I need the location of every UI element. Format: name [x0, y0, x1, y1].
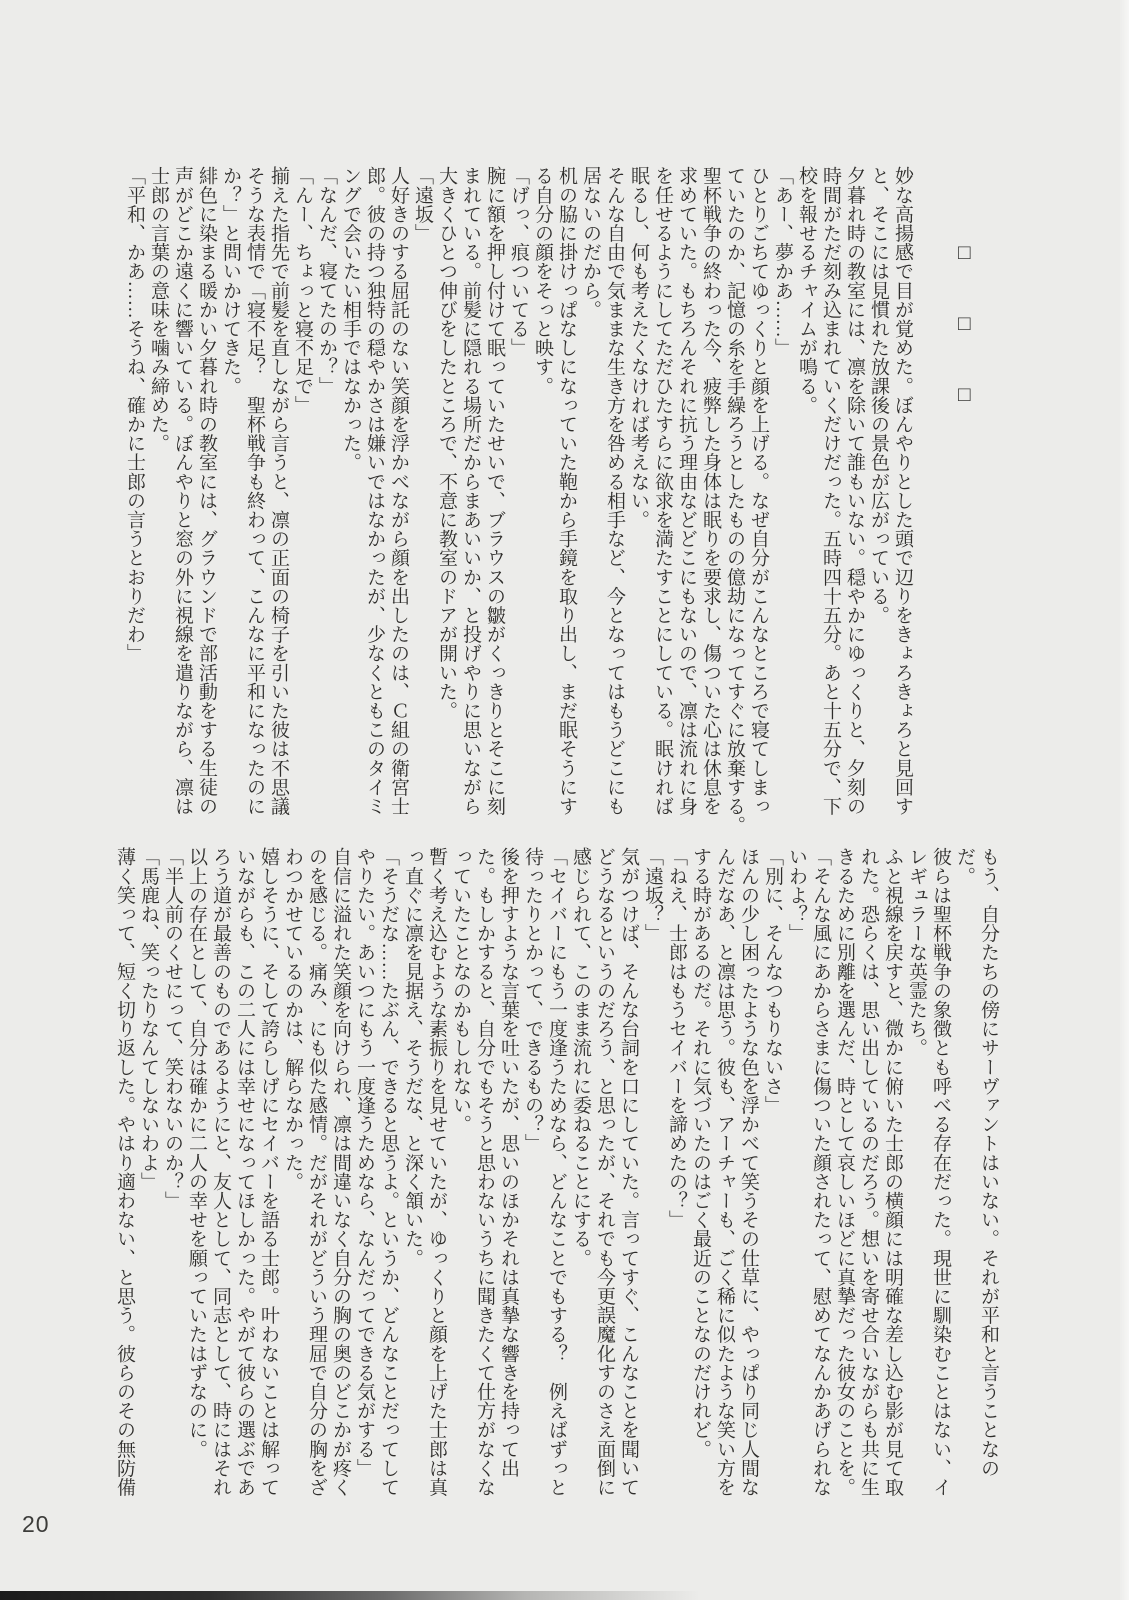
paragraph: 夕暮れ時の教室には、凛を除いて誰もいない。穏やかにゆっくりと、夕刻の 時間がただ…	[794, 166, 866, 844]
page-number: 20	[22, 1511, 50, 1538]
scan-edge-highlight	[1119, 0, 1129, 1600]
paragraph: ひとりごちてゆっくりと顔を上げる。なぜ自分がこんなところで寝てしまっ ていたのか…	[722, 166, 770, 844]
paragraph: 妙な高揚感で目が覚めた。ぼんやりとした頭で辺りをきょろきょろと見回す と、そこに…	[866, 166, 914, 844]
paragraph: 「げっ、痕ついてる」	[506, 166, 530, 844]
paragraph: 「別に、そんなつもりないさ」	[760, 847, 784, 1525]
paragraph: 暫く考え込むような素振りを見せていたが、ゆっくりと顔を上げた士郎は真 っ直ぐに凛…	[400, 847, 448, 1525]
paragraph: 薄く笑って、短く切り返した。やはり適わない、と思う。彼らのその無防備	[112, 847, 136, 1525]
paragraph: そんな自由で気ままな生き方を咎める相手など、今となってはもうどこにも 居ないのだ…	[578, 166, 626, 844]
paragraph: ふと視線を戻すと、微かに俯いた士郎の横顔には明確な差し込む影が見て取 れた。恐ら…	[832, 847, 904, 1525]
paragraph: 「平和、かあ……そうね、確かに士郎の言うとおりだわ」	[122, 166, 146, 844]
paragraph: 揃えた指先で前髪を直しながら言うと、凛の正面の椅子を引いた彼は不思議 そうな表情…	[218, 166, 290, 844]
paragraph: 「ねえ、士郎はもうセイバーを諦めたの？」	[664, 847, 688, 1525]
paragraph: 気がつけば、そんな台詞を口にしていた。言ってすぐ、こんなことを聞いて どうなると…	[568, 847, 640, 1525]
paragraph: 「そんな風にあからさまに傷ついた顔されたって、慰めてなんかあげられな いわよ？」	[784, 847, 832, 1525]
paragraph: ほんの少し困ったような色を浮かべて笑うその仕草に、やっぱり同じ人間な んだなあ、…	[688, 847, 760, 1525]
paragraph: 「なんだ、寝てたのか？」	[314, 166, 338, 844]
paragraph: 腕に額を押し付けて眠っていたせいで、ブラウスの皺がくっきりとそこに刻 まれている…	[434, 166, 506, 844]
paragraph: 机の脇に掛けっぱなしになっていた鞄から手鏡を取り出し、まだ眠そうにす る自分の顔…	[530, 166, 578, 844]
paragraph: 「んー、ちょっと寝不足で」	[290, 166, 314, 844]
doujinshi-page: □ □ □ 妙な高揚感で目が覚めた。ぼんやりとした頭で辺りをきょろきょろと見回す…	[0, 0, 1129, 1600]
paragraph: 「遠坂？」	[640, 847, 664, 1525]
section-break: □ □ □	[958, 242, 971, 405]
scan-edge-shadow	[0, 1591, 700, 1600]
section-break-square: □	[958, 313, 971, 334]
paragraph: 人好きのする屈託のない笑顔を浮かべながら顔を出したのは、Ｃ組の衛宮士 郎。彼の持…	[338, 166, 410, 844]
paragraph: 「あー、夢かあ……」	[770, 166, 794, 844]
paragraph: 後を押すような言葉を吐いたが、思いのほかそれは真摯な響きを持って出 た。もしかす…	[448, 847, 520, 1525]
paragraph: 「そうだな……たぶん、できると思うよ。というか、どんなことだってして やりたい。…	[352, 847, 400, 1525]
section-break-square: □	[958, 242, 971, 263]
paragraph: 自信に溢れた笑顔を向けられ、凛は間違いなく自分の胸の奥のどこかが疼く のを感じる…	[280, 847, 352, 1525]
paragraph: 「馬鹿ね、笑ったりなんてしないわよ」	[136, 847, 160, 1525]
paragraph: 嬉しそうに、そして誇らしげにセイバーを語る士郎。叶わないことは解って いながらも…	[184, 847, 280, 1525]
section-break-square: □	[958, 384, 971, 405]
lower-text-block: もう、自分たちの傍にサーヴァントはいない。それが平和と言うことなの だ。彼らは聖…	[112, 847, 1000, 1525]
upper-text-block: 妙な高揚感で目が覚めた。ぼんやりとした頭で辺りをきょろきょろと見回す と、そこに…	[122, 166, 914, 844]
paragraph: 彼らは聖杯戦争の象徴とも呼べる存在だった。現世に馴染むことはない、イ レギュラー…	[904, 847, 952, 1525]
paragraph: 緋色に染まる暖かい夕暮れ時の教室には、グラウンドで部活動をする生徒の 声がどこか…	[146, 166, 218, 844]
paragraph: 聖杯戦争の終わった今、疲弊した身体は眠りを要求し、傷ついた心は休息を 求めていた…	[626, 166, 722, 844]
paragraph: 「セイバーにもう一度逢うためなら、どんなことでもする？ 例えばずっと 待ったりと…	[520, 847, 568, 1525]
paragraph: 「遠坂」	[410, 166, 434, 844]
paragraph: もう、自分たちの傍にサーヴァントはいない。それが平和と言うことなの だ。	[952, 847, 1000, 1525]
paragraph: 「半人前のくせにって、笑わないのか？」	[160, 847, 184, 1525]
